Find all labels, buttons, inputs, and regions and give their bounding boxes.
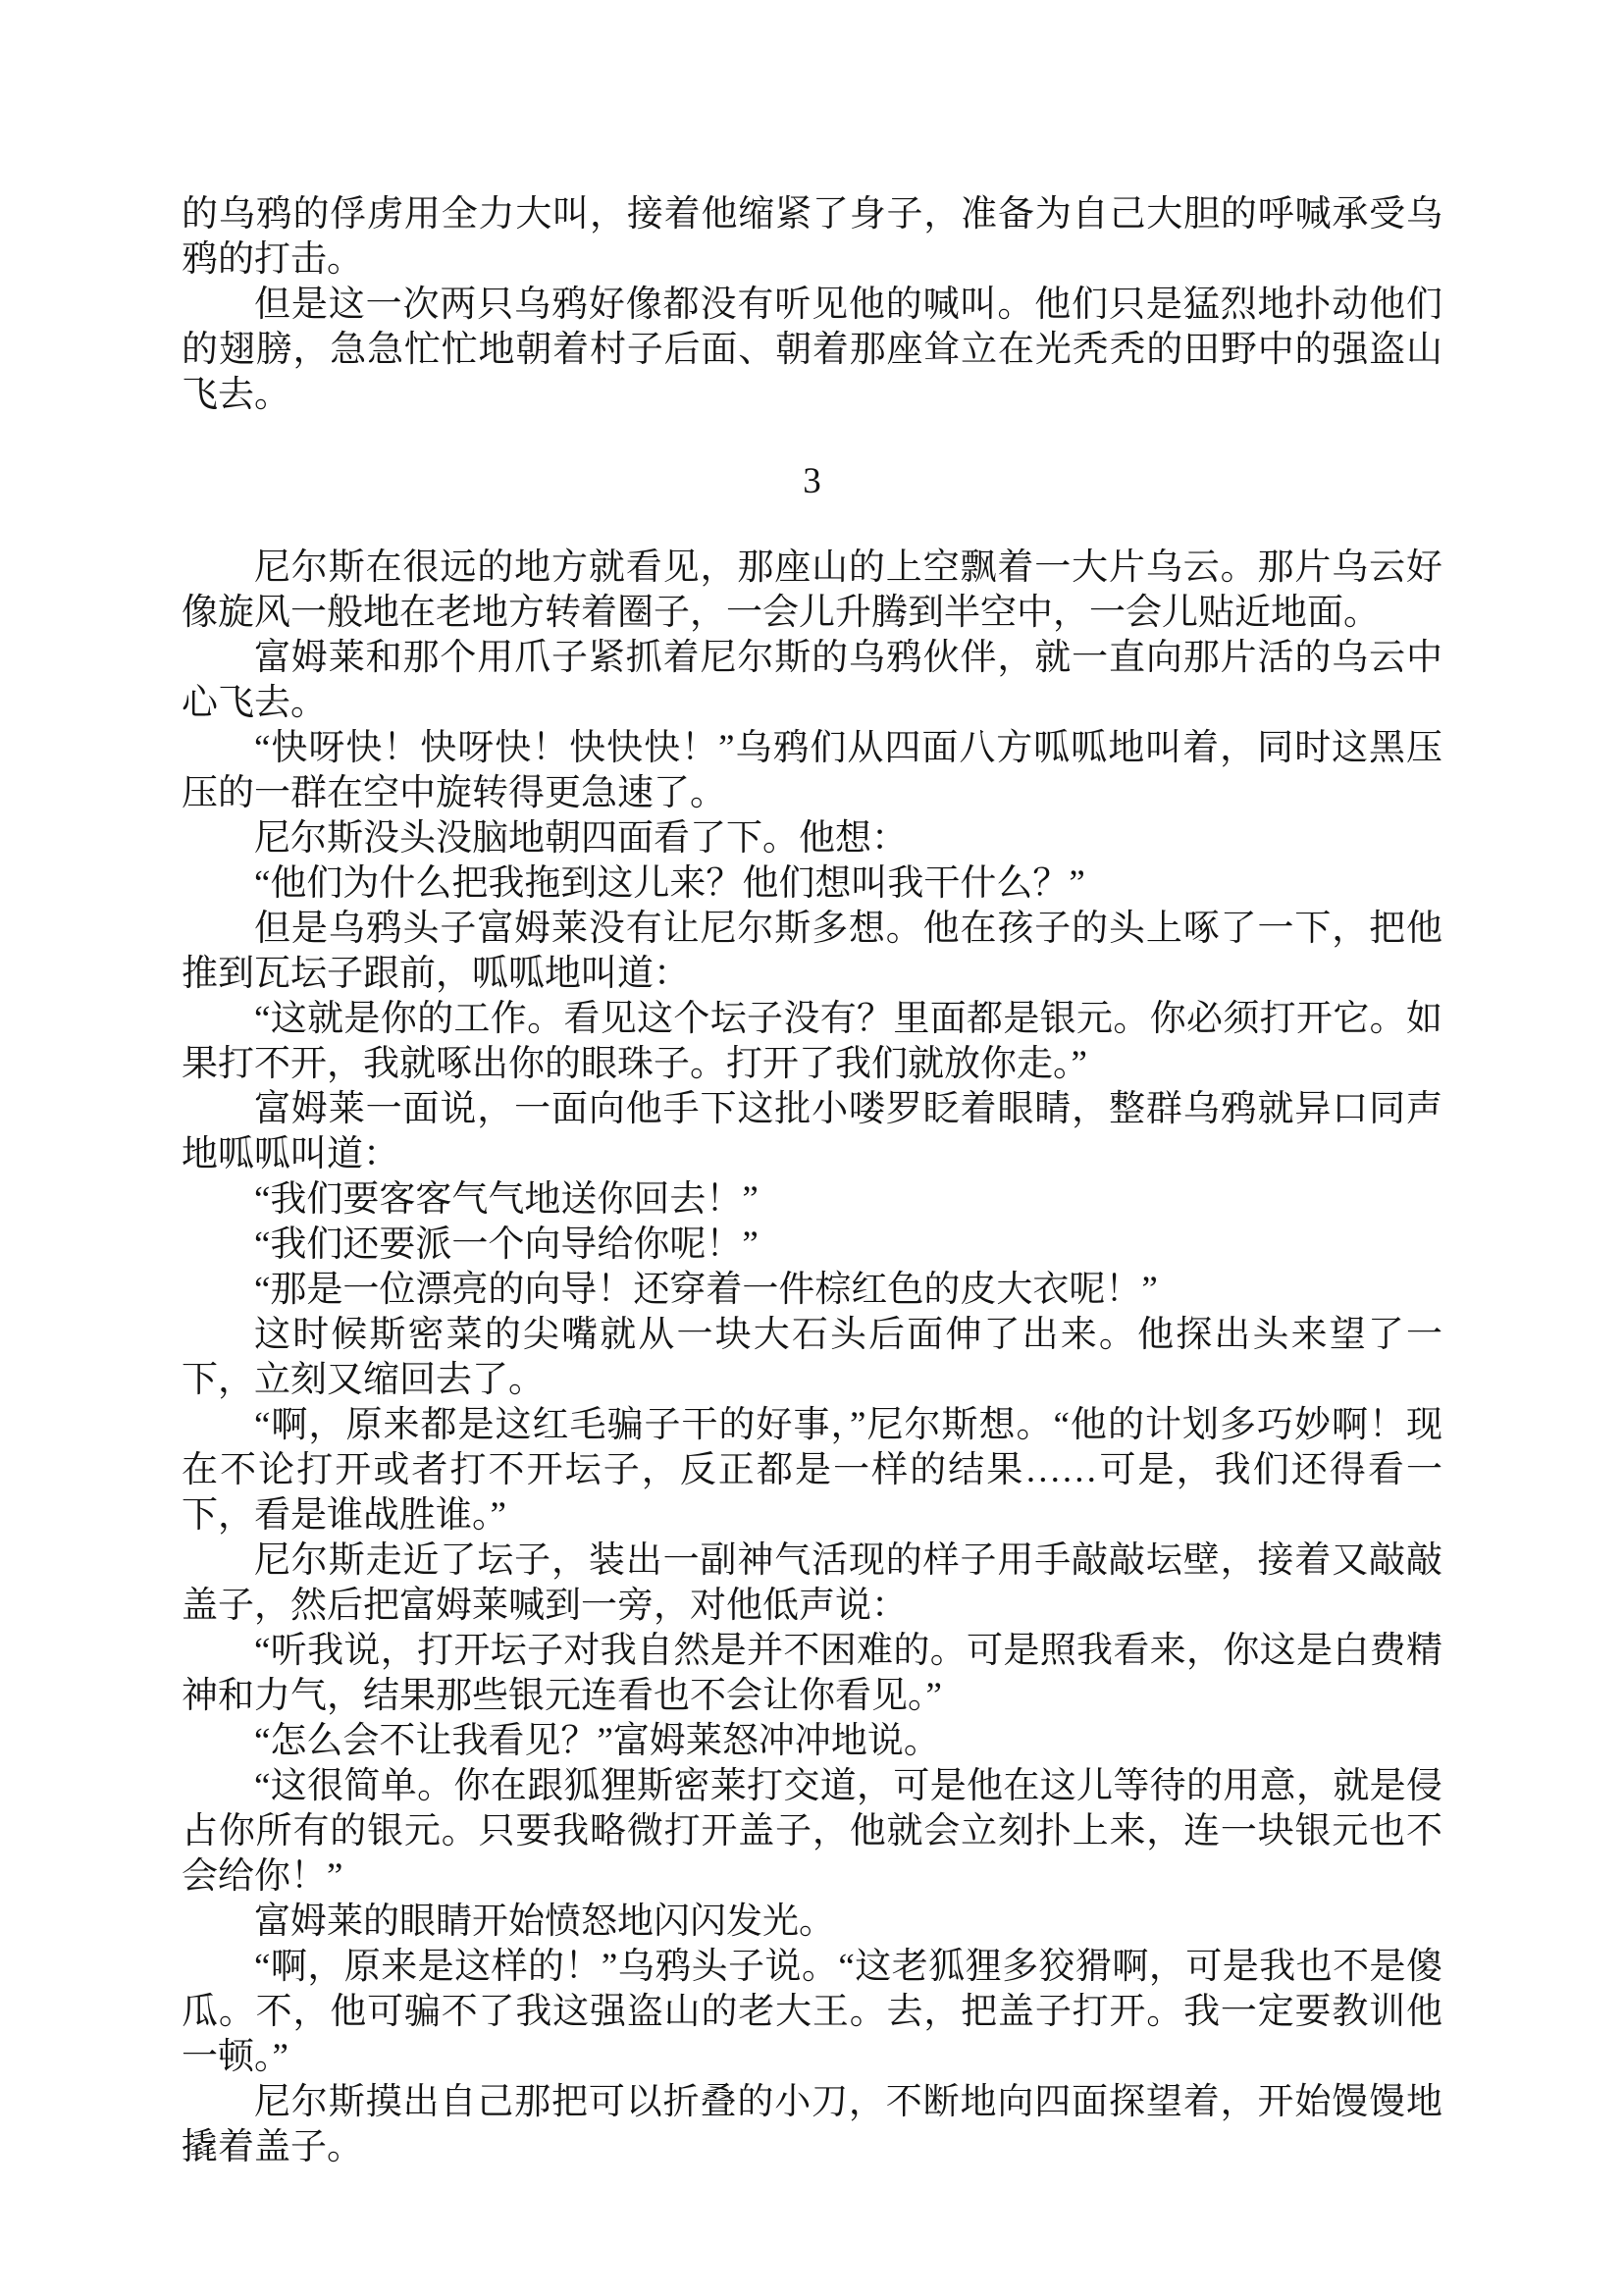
- paragraph: 这时候斯密菜的尖嘴就从一块大石头后面伸了出来。他探出头来望了一下，立刻又缩回去了…: [182, 1313, 1442, 1403]
- paragraph: 富姆莱的眼睛开始愤怒地闪闪发光。: [182, 1900, 1442, 1945]
- paragraph: 尼尔斯在很远的地方就看见，那座山的上空飘着一大片乌云。那片乌云好像旋风一般地在老…: [182, 546, 1442, 636]
- paragraph: “怎么会不让我看见？”富姆莱怒冲冲地说。: [182, 1719, 1442, 1764]
- text-column: 的乌鸦的俘虏用全力大叫，接着他缩紧了身子，准备为自己大胆的呼喊承受乌鸦的打击。但…: [182, 192, 1442, 2170]
- continuation-paragraphs: 的乌鸦的俘虏用全力大叫，接着他缩紧了身子，准备为自己大胆的呼喊承受乌鸦的打击。但…: [182, 192, 1442, 418]
- paragraph: 尼尔斯没头没脑地朝四面看了下。他想：: [182, 816, 1442, 861]
- paragraph: 富姆莱一面说，一面向他手下这批小喽罗眨着眼睛，整群乌鸦就异口同声地呱呱叫道：: [182, 1087, 1442, 1177]
- document-page: 的乌鸦的俘虏用全力大叫，接着他缩紧了身子，准备为自己大胆的呼喊承受乌鸦的打击。但…: [0, 0, 1624, 2294]
- paragraph: “这就是你的工作。看见这个坛子没有？里面都是银元。你必须打开它。如果打不开，我就…: [182, 997, 1442, 1087]
- paragraph: “快呀快！快呀快！快快快！”乌鸦们从四面八方呱呱地叫着，同时这黑压压的一群在空中…: [182, 726, 1442, 816]
- paragraph: 但是这一次两只乌鸦好像都没有听见他的喊叫。他们只是猛烈地扑动他们的翅膀，急急忙忙…: [182, 283, 1442, 418]
- paragraph: “啊，原来是这样的！”乌鸦头子说。“这老狐狸多狡猾啊，可是我也不是傻瓜。不，他可…: [182, 1945, 1442, 2080]
- paragraph: 但是乌鸦头子富姆莱没有让尼尔斯多想。他在孩子的头上啄了一下，把他推到瓦坛子跟前，…: [182, 907, 1442, 997]
- paragraph: “那是一位漂亮的向导！还穿着一件棕红色的皮大衣呢！”: [182, 1268, 1442, 1313]
- paragraph: 的乌鸦的俘虏用全力大叫，接着他缩紧了身子，准备为自己大胆的呼喊承受乌鸦的打击。: [182, 192, 1442, 283]
- paragraph: “我们要客客气气地送你回去！”: [182, 1177, 1442, 1223]
- paragraph: 尼尔斯摸出自己那把可以折叠的小刀，不断地向四面探望着，开始馒馒地撬着盖子。: [182, 2080, 1442, 2170]
- paragraph: “这很简单。你在跟狐狸斯密莱打交道，可是他在这儿等待的用意，就是侵占你所有的银元…: [182, 1764, 1442, 1900]
- section-heading: 3: [182, 459, 1442, 504]
- paragraph: “他们为什么把我拖到这儿来？他们想叫我干什么？”: [182, 861, 1442, 907]
- paragraph: 富姆莱和那个用爪子紧抓着尼尔斯的乌鸦伙伴，就一直向那片活的乌云中心飞去。: [182, 636, 1442, 726]
- paragraph: 尼尔斯走近了坛子，装出一副神气活现的样子用手敲敲坛壁，接着又敲敲盖子，然后把富姆…: [182, 1538, 1442, 1629]
- paragraph: “啊，原来都是这红毛骗子干的好事，”尼尔斯想。“他的计划多巧妙啊！现在不论打开或…: [182, 1403, 1442, 1538]
- paragraph: “听我说，打开坛子对我自然是并不困难的。可是照我看来，你这是白费精神和力气，结果…: [182, 1629, 1442, 1719]
- paragraph: “我们还要派一个向导给你呢！”: [182, 1223, 1442, 1268]
- section-paragraphs: 尼尔斯在很远的地方就看见，那座山的上空飘着一大片乌云。那片乌云好像旋风一般地在老…: [182, 546, 1442, 2170]
